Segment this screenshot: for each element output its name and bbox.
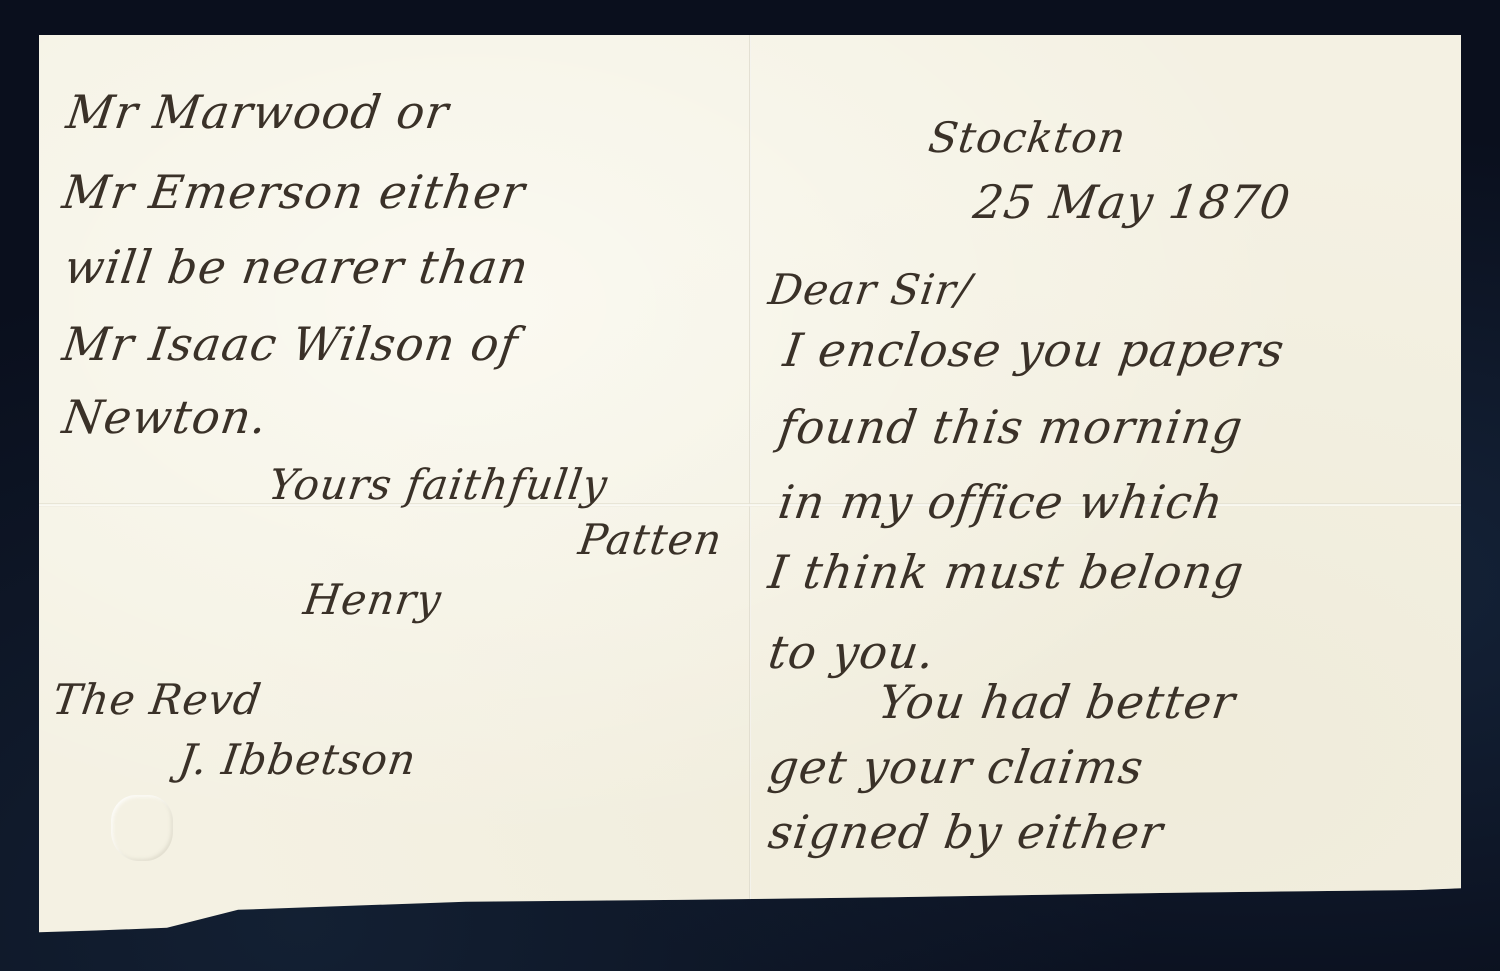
- addressee-name: J. Ibbetson: [176, 735, 420, 784]
- left-line-5: Newton.: [59, 390, 271, 444]
- salutation: Dear Sir/: [766, 265, 975, 314]
- vertical-fold-line: [749, 35, 751, 935]
- right-line-2: found this morning: [775, 400, 1246, 454]
- letter-sheet: Mr Marwood or Mr Emerson either will be …: [39, 35, 1461, 935]
- left-line-3: will be nearer than: [61, 240, 532, 294]
- right-line-6: You had better: [875, 675, 1239, 729]
- right-line-7: get your claims: [765, 740, 1147, 794]
- date-heading: 25 May 1870: [970, 175, 1294, 229]
- signature-last-name: Patten: [576, 515, 726, 564]
- left-line-4: Mr Isaac Wilson of: [59, 317, 521, 371]
- right-line-4: I think must belong: [765, 545, 1247, 599]
- right-line-1: I enclose you papers: [780, 323, 1288, 377]
- right-line-8: signed by either: [765, 805, 1167, 859]
- horizontal-fold-line: [39, 503, 1461, 507]
- closing: Yours faithfully: [266, 460, 611, 509]
- left-line-2: Mr Emerson either: [59, 165, 529, 219]
- embossed-seal-icon: [111, 795, 173, 861]
- right-line-5: to you.: [765, 625, 938, 679]
- left-line-1: Mr Marwood or: [63, 85, 452, 139]
- addressee-title: The Revd: [50, 675, 265, 724]
- right-line-3: in my office which: [775, 475, 1227, 529]
- signature-first-name: Henry: [301, 575, 445, 624]
- place-heading: Stockton: [926, 113, 1130, 162]
